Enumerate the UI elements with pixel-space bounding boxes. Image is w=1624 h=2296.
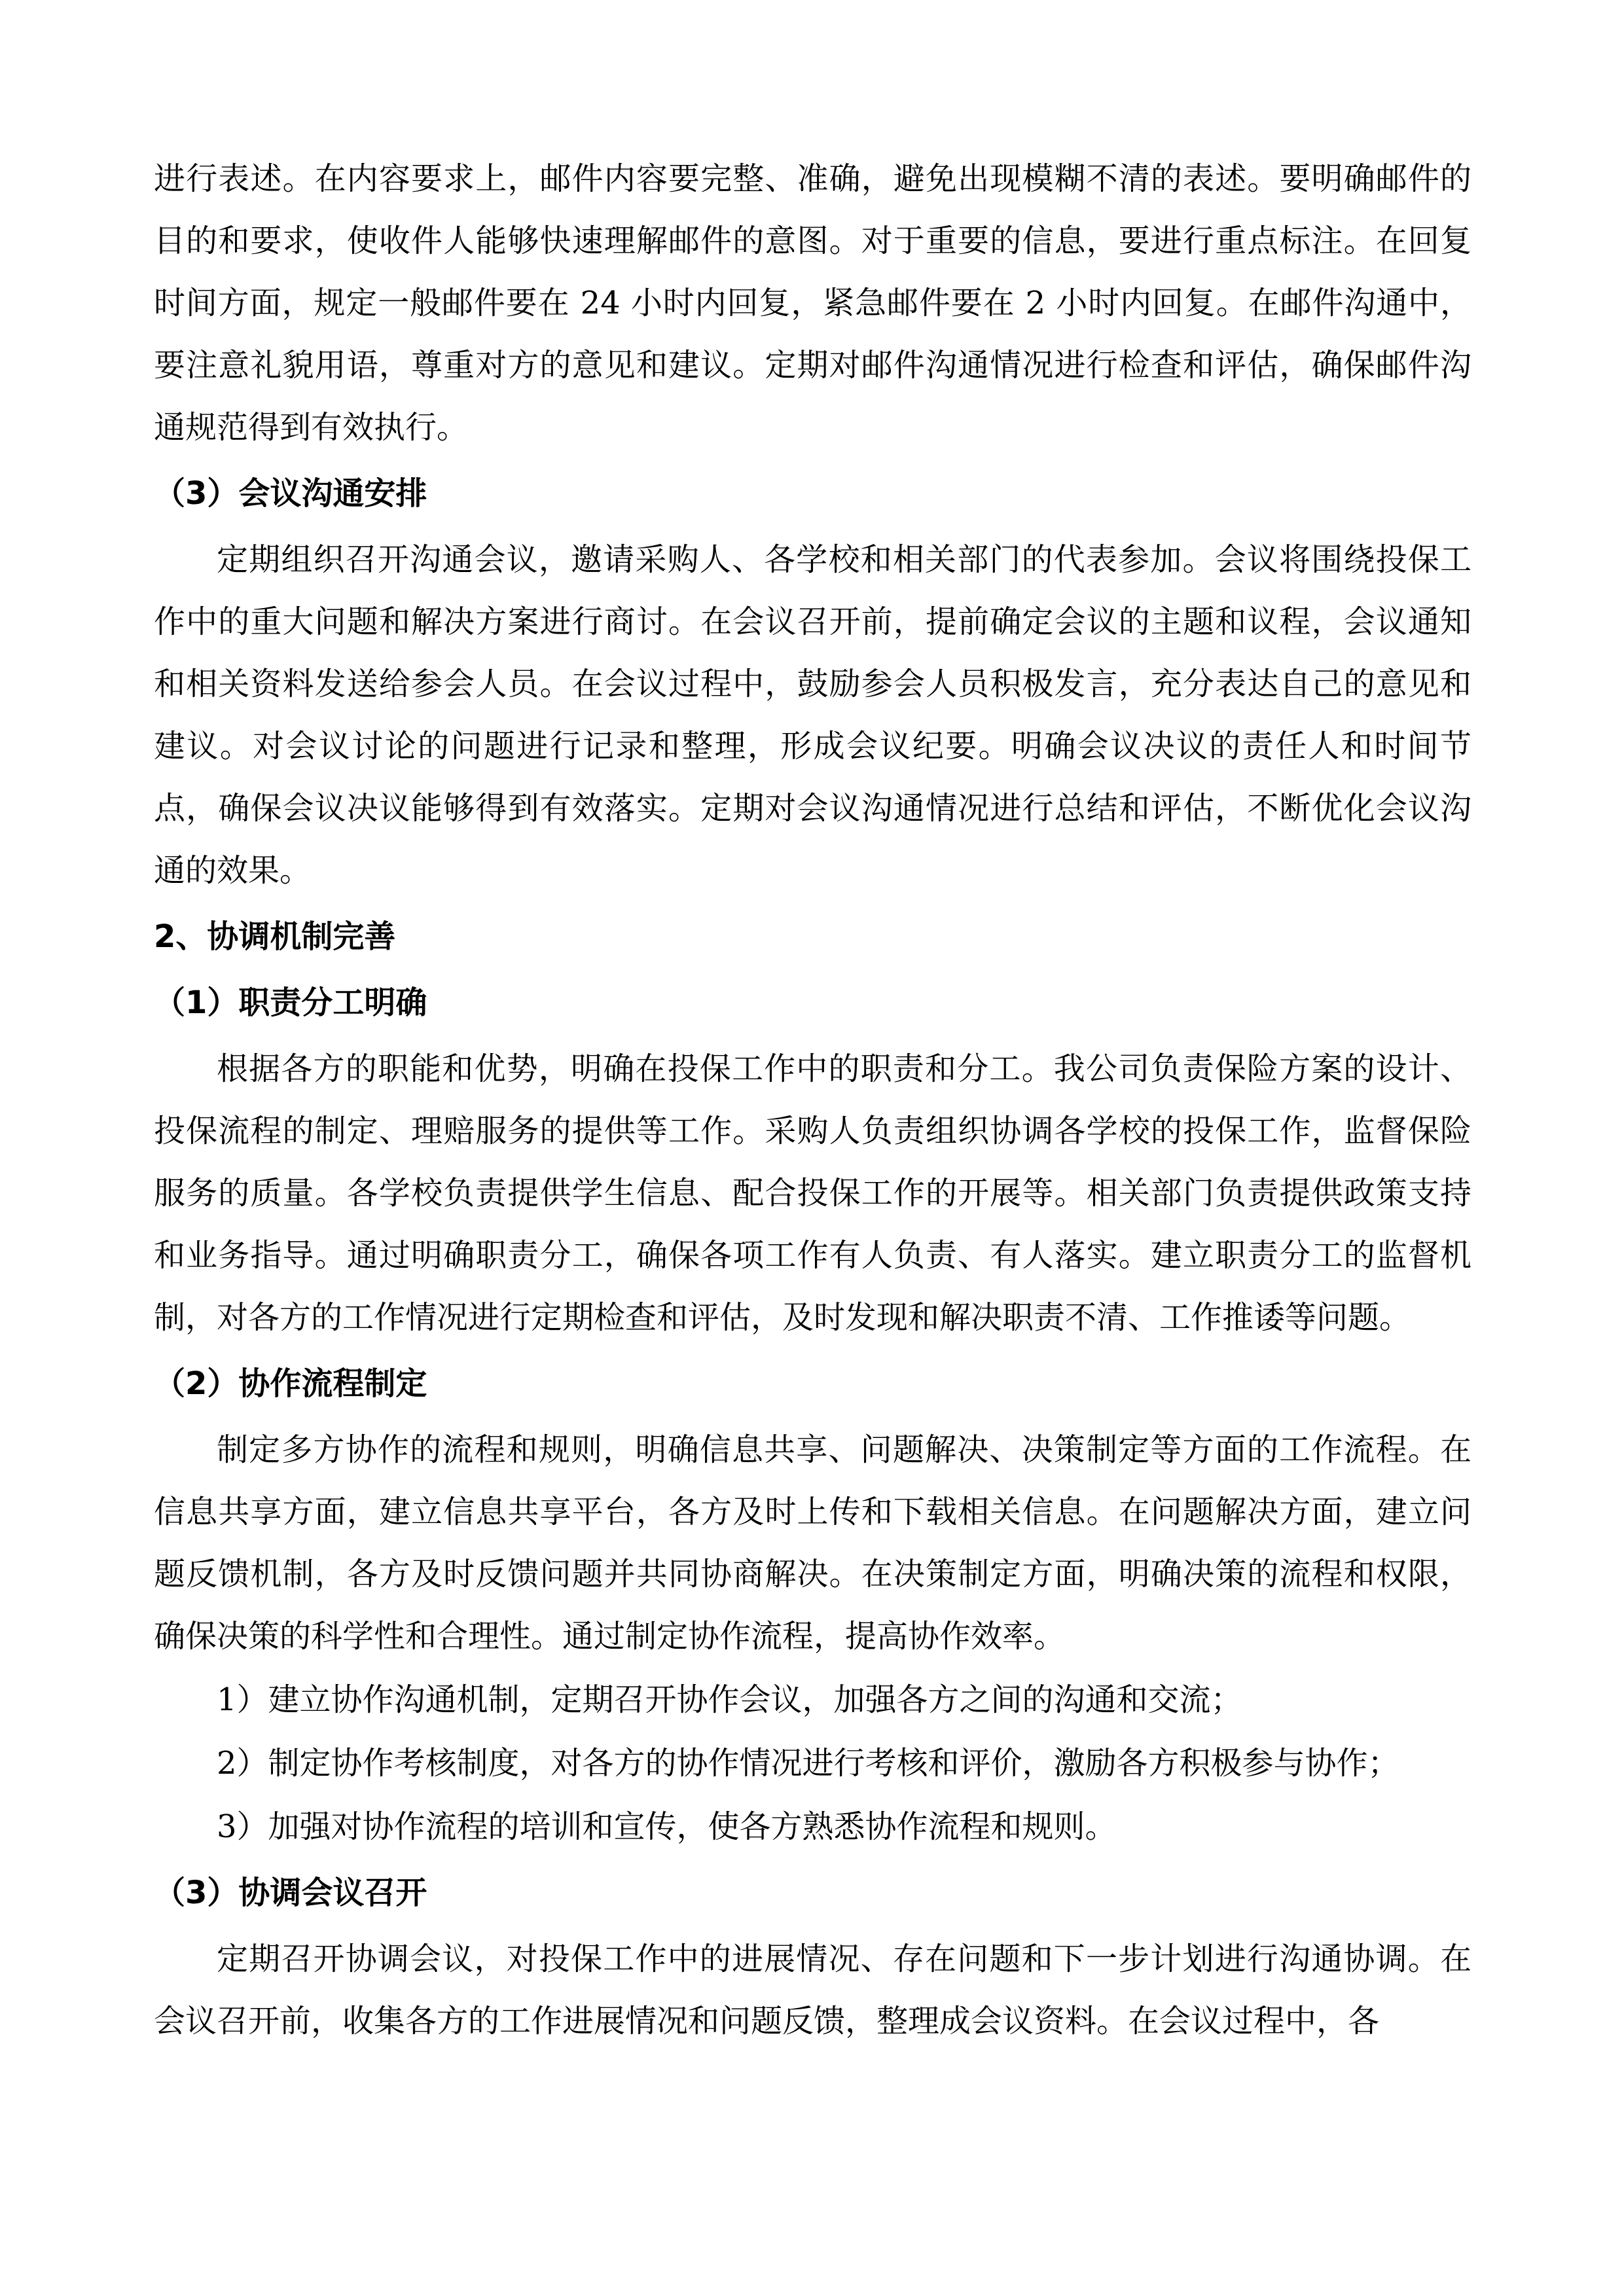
document-page: 进行表述。在内容要求上，邮件内容要完整、准确，避免出现模糊不清的表述。要明确邮件… (0, 0, 1624, 2296)
page-content: 进行表述。在内容要求上，邮件内容要完整、准确，避免出现模糊不清的表述。要明确邮件… (154, 0, 1471, 2053)
paragraph-meeting-communication: 定期组织召开沟通会议，邀请采购人、各学校和相关部门的代表参加。会议将围绕投保工作… (154, 529, 1471, 902)
paragraph-coordination-meeting: 定期召开协调会议，对投保工作中的进展情况、存在问题和下一步计划进行沟通协调。在会… (154, 1928, 1471, 2053)
section-heading-coordination-mechanism: 2、协调机制完善 (154, 906, 1471, 968)
paragraph-responsibility-division: 根据各方的职能和优势，明确在投保工作中的职责和分工。我公司负责保险方案的设计、投… (154, 1038, 1471, 1349)
section-heading-collaboration-process: （2）协作流程制定 (154, 1353, 1471, 1415)
list-item-3: 3）加强对协作流程的培训和宣传，使各方熟悉协作流程和规则。 (154, 1796, 1471, 1858)
list-item-2: 2）制定协作考核制度，对各方的协作情况进行考核和评价，激励各方积极参与协作； (154, 1732, 1471, 1795)
section-heading-responsibility-division: （1）职责分工明确 (154, 972, 1471, 1034)
section-heading-coordination-meeting: （3）协调会议召开 (154, 1862, 1471, 1924)
paragraph-collaboration-process: 制定多方协作的流程和规则，明确信息共享、问题解决、决策制定等方面的工作流程。在信… (154, 1419, 1471, 1668)
list-item-1: 1）建立协作沟通机制，定期召开协作会议，加强各方之间的沟通和交流； (154, 1669, 1471, 1731)
paragraph-email-requirements-continuation: 进行表述。在内容要求上，邮件内容要完整、准确，避免出现模糊不清的表述。要明确邮件… (154, 148, 1471, 459)
section-heading-meeting-communication: （3）会议沟通安排 (154, 463, 1471, 525)
